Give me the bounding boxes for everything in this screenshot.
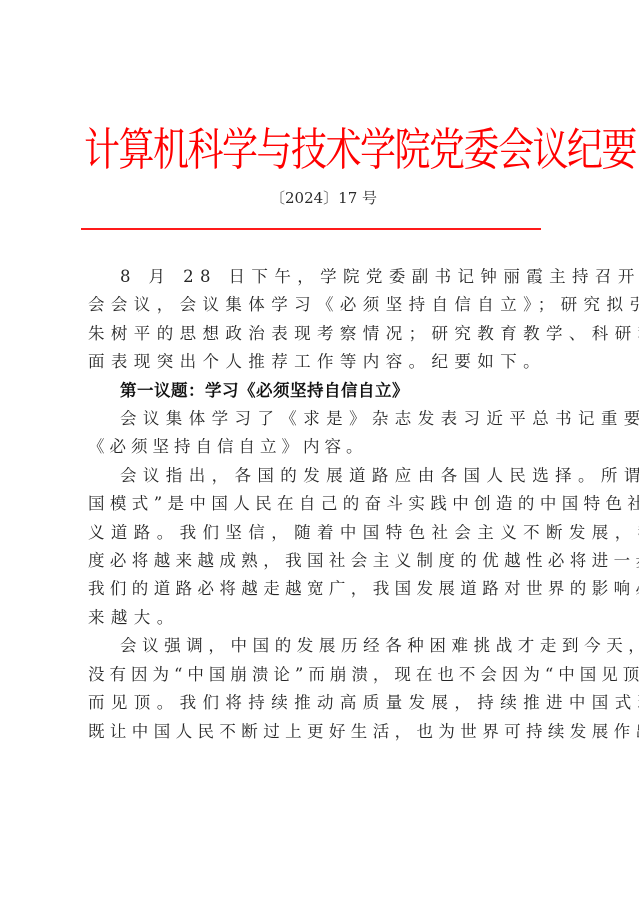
text-line: 没有因为“中国崩溃论”而崩溃，现在也不会因为“中国见顶论” bbox=[88, 661, 550, 689]
red-header-rule bbox=[81, 228, 541, 230]
document-number: 〔2024〕17 号 bbox=[0, 187, 639, 209]
text-line: 会会议，会议集体学习《必须坚持自信自立》；研究拟引进博士 bbox=[88, 291, 550, 319]
text-line: 会议强调，中国的发展历经各种困难挑战才走到今天，过去 bbox=[88, 632, 550, 660]
paragraph: 会议指出，各国的发展道路应由各国人民选择。所谓的“中 国模式”是中国人民在自己的… bbox=[88, 462, 550, 632]
document-title: 计算机科学与技术学院党委会议纪要 bbox=[84, 117, 562, 185]
text-line: 度必将越来越成熟，我国社会主义制度的优越性必将进一步显现 bbox=[88, 547, 550, 575]
document-body: 8 月 28 日下午，学院党委副书记钟丽霞主持召开学院党委 会会议，会议集体学习… bbox=[88, 263, 550, 746]
text-line: 会议指出，各国的发展道路应由各国人民选择。所谓的“中 bbox=[88, 462, 550, 490]
text-line: 来越大。 bbox=[88, 604, 550, 632]
intro-paragraph: 8 月 28 日下午，学院党委副书记钟丽霞主持召开学院党委 会会议，会议集体学习… bbox=[88, 263, 550, 377]
paragraph: 会议强调，中国的发展历经各种困难挑战才走到今天，过去 没有因为“中国崩溃论”而崩… bbox=[88, 632, 550, 746]
text-line: 我们的道路必将越走越宽广，我国发展道路对世界的影响必将越 bbox=[88, 575, 550, 603]
text-line: 8 月 28 日下午，学院党委副书记钟丽霞主持召开学院党委 bbox=[88, 263, 550, 291]
document-page: 计算机科学与技术学院党委会议纪要 〔2024〕17 号 8 月 28 日下午，学… bbox=[0, 0, 639, 905]
topic-heading: 第一议题：学习《必须坚持自信自立》 bbox=[88, 377, 550, 405]
text-line: 朱树平的思想政治表现考察情况；研究教育教学、科研和管理方 bbox=[88, 320, 550, 348]
text-line: 《必须坚持自信自立》内容。 bbox=[88, 433, 550, 461]
text-line: 会议集体学习了《求是》杂志发表习近平总书记重要文章 bbox=[88, 405, 550, 433]
text-line: 国模式”是中国人民在自己的奋斗实践中创造的中国特色社会主 bbox=[88, 490, 550, 518]
text-line: 义道路。我们坚信，随着中国特色社会主义不断发展，我们的制 bbox=[88, 519, 550, 547]
text-line: 而见顶。我们将持续推动高质量发展，持续推进中国式现代化 bbox=[88, 689, 550, 717]
text-line: 面表现突出个人推荐工作等内容。纪要如下。 bbox=[88, 348, 550, 376]
text-line: 既让中国人民不断过上更好生活，也为世界可持续发展作出更大 bbox=[88, 718, 550, 746]
paragraph: 会议集体学习了《求是》杂志发表习近平总书记重要文章 《必须坚持自信自立》内容。 bbox=[88, 405, 550, 462]
